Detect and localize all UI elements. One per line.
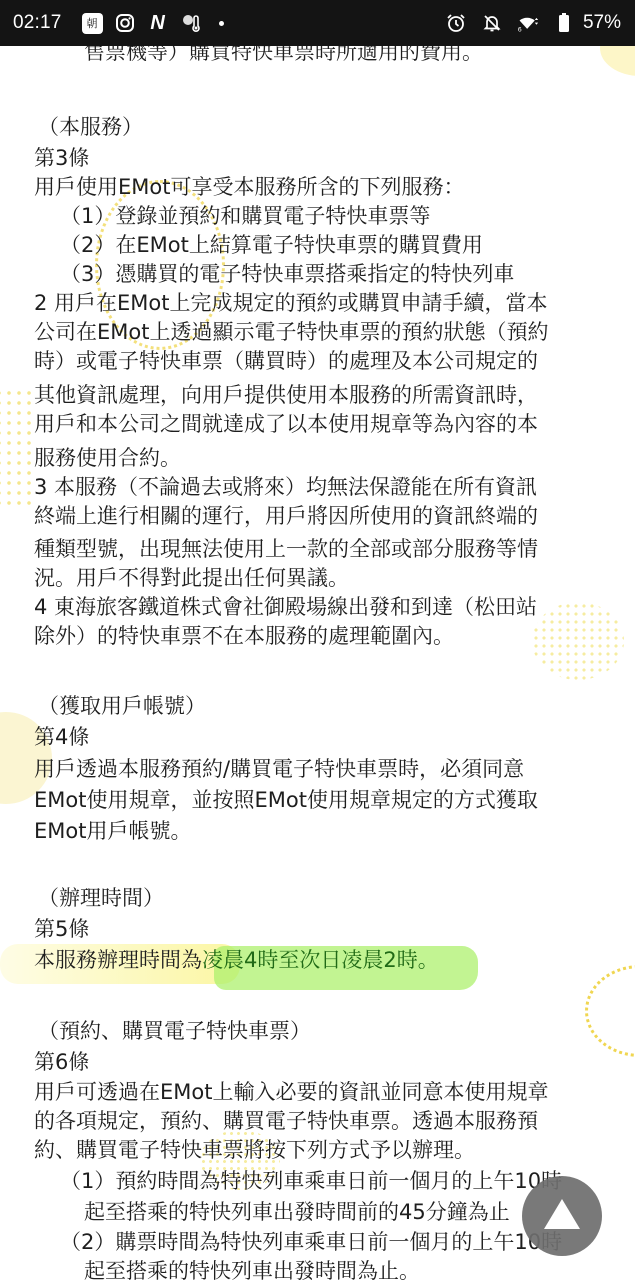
- text-line: 除外）的特快車票不在本服務的處理範圍內。: [34, 622, 454, 650]
- text-line: 本服務辦理時間為凌晨4時至次日凌晨2時。: [34, 946, 439, 974]
- article-number: 第5條: [34, 915, 89, 943]
- article-number: 第6條: [34, 1048, 89, 1076]
- decor-dotted-ring: [585, 965, 635, 1057]
- text-normal: 本服務辦理時間為: [34, 948, 202, 972]
- more-notifications-dot-icon: [219, 21, 224, 26]
- text-line: 終端上進行相關的運行，用戶將因所使用的資訊終端的: [34, 502, 538, 530]
- text-line: 時）或電子特快車票（購買時）的處理及本公司規定的: [34, 347, 538, 375]
- list-item-continuation: 起至搭乘的特快列車出發時間為止。: [84, 1257, 420, 1280]
- text-line: 4 東海旅客鐵道株式會社御殿場線出發和到達（松田站: [34, 593, 537, 621]
- text-line: 況。用戶不得對此提出任何異議。: [34, 564, 349, 592]
- text-line: 用戶使用EMot可享受本服務所含的下列服務：: [34, 173, 464, 201]
- article-number: 第4條: [34, 723, 89, 751]
- scroll-to-top-button[interactable]: [522, 1176, 602, 1256]
- asahi-news-icon: 朝: [82, 13, 103, 34]
- text-line: EMot使用規章，並按照EMot使用規章規定的方式獲取: [34, 786, 538, 814]
- notifications-off-icon: [481, 12, 503, 34]
- list-item: （1）登錄並預約和購買電子特快車票等: [60, 202, 430, 230]
- text-line: EMot用戶帳號。: [34, 817, 191, 845]
- wifi-icon: 6: [517, 12, 539, 34]
- list-item-continuation: 起至搭乘的特快列車出發時間前的45分鐘為止: [84, 1198, 510, 1226]
- n-app-icon: N: [147, 12, 169, 34]
- highlighted-text: 凌晨4時至次日凌晨2時。: [202, 948, 439, 972]
- text-line: 用戶透過本服務預約/購買電子特快車票時，必須同意: [34, 755, 524, 783]
- text-line: 的各項規定，預約、購買電子特快車票。透過本服務預: [34, 1107, 538, 1135]
- weather-thermometer-icon: [180, 12, 202, 34]
- decor-dots: [532, 602, 624, 680]
- battery-percent: 57%: [583, 12, 621, 34]
- svg-text:6: 6: [518, 26, 522, 33]
- section-heading: （預約、購買電子特快車票）: [38, 1017, 311, 1045]
- decor-dots: [0, 388, 34, 508]
- list-item: （2）購票時間為特快列車乘車日前一個月的上午10時: [60, 1228, 562, 1256]
- list-item: （3）憑購買的電子特快車票搭乘指定的特快列車: [60, 260, 514, 288]
- section-heading: （獲取用戶帳號）: [38, 692, 206, 720]
- text-line: 其他資訊處理，向用戶提供使用本服務的所需資訊時，: [34, 381, 538, 409]
- text-line: 2 用戶在EMot上完成規定的預約或購買申請手續，當本: [34, 289, 548, 317]
- list-item: （2）在EMot上結算電子特快車票的購買費用: [60, 231, 483, 259]
- text-line: 約、購買電子特快車票將按下列方式予以辦理。: [34, 1136, 475, 1164]
- battery-icon: [553, 12, 575, 34]
- text-line: 用戶可透過在EMot上輸入必要的資訊並同意本使用規章: [34, 1078, 548, 1106]
- text-line: 用戶和本公司之間就達成了以本使用規章等為內容的本: [34, 410, 538, 438]
- section-heading: （本服務）: [38, 113, 143, 141]
- alarm-icon: [445, 12, 467, 34]
- text-line: 種類型號，出現無法使用上一款的全部或部分服務等情: [34, 535, 538, 563]
- article-number: 第3條: [34, 144, 89, 172]
- text-line: 公司在EMot上透過顯示電子特快車票的預約狀態（預約: [34, 318, 548, 346]
- list-item: （1）預約時間為特快列車乘車日前一個月的上午10時: [60, 1167, 562, 1195]
- status-time: 02:17: [13, 12, 62, 34]
- status-bar: 02:17 朝 N 6 57%: [0, 0, 635, 46]
- text-line: 3 本服務（不論過去或將來）均無法保證能在所有資訊: [34, 473, 537, 501]
- section-heading: （辦理時間）: [38, 884, 164, 912]
- text-line: 服務使用合約。: [34, 444, 181, 472]
- instagram-icon: [114, 12, 136, 34]
- triangle-up-icon: [542, 1197, 582, 1231]
